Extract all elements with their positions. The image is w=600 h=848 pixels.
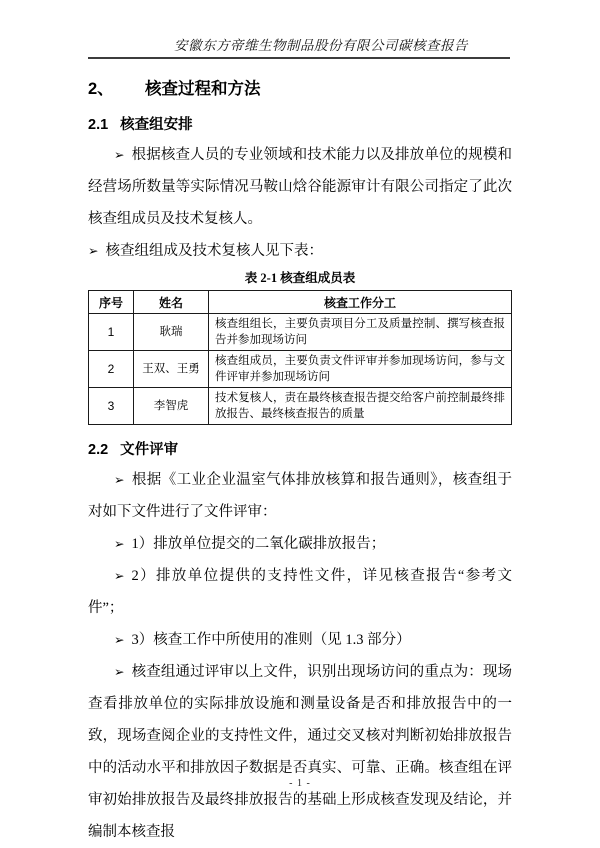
paragraph-text: 根据核查人员的专业领域和技术能力以及排放单位的规模和经营场所数量等实际情况马鞍山… [88, 147, 512, 227]
paragraph-review-intro: ➢根据《工业企业温室气体排放核算和报告通则》，核查组于对如下文件进行了文件评审： [88, 464, 512, 528]
list-item-1: ➢1）排放单位提交的二氧化碳排放报告； [88, 528, 512, 560]
section-title: 核查过程和方法 [145, 80, 261, 98]
table-caption: 表 2-1 核查组成员表 [88, 269, 512, 287]
table-row: 1 耿瑞 核查组组长，主要负责项目分工及质量控制、撰写核查报告并参加现场访问 [89, 314, 512, 351]
section-heading-2-2: 2.2文件评审 [88, 442, 512, 459]
section-title: 核查组安排 [120, 117, 193, 133]
page-header: 安徽东方帝维生物制品股份有限公司碳核查报告 [88, 34, 510, 59]
header-title: 安徽东方帝维生物制品股份有限公司碳核查报告 [174, 34, 510, 54]
table-row: 3 李智虎 技术复核人，责在最终核查报告提交给客户前控制最终排放报告、最终核查报… [89, 388, 512, 425]
section-number: 2.2 [88, 442, 108, 458]
cell-no: 3 [89, 388, 134, 425]
section-heading-2: 2、核查过程和方法 [88, 80, 512, 99]
cell-no: 1 [89, 314, 134, 351]
arrow-bullet-icon: ➢ [114, 537, 124, 551]
list-item-text: 3）核查工作中所使用的准则（见 1.3 部分） [131, 632, 410, 648]
section-heading-2-1: 2.1核查组安排 [88, 117, 512, 134]
table-header-row: 序号 姓名 核查工作分工 [89, 291, 512, 314]
list-item-text: 1）排放单位提交的二氧化碳排放报告； [131, 536, 385, 552]
arrow-bullet-icon: ➢ [114, 473, 124, 487]
cell-no: 2 [89, 351, 134, 388]
cell-duty: 核查组组长，主要负责项目分工及质量控制、撰写核查报告并参加现场访问 [209, 314, 512, 351]
verification-team-table: 序号 姓名 核查工作分工 1 耿瑞 核查组组长，主要负责项目分工及质量控制、撰写… [88, 290, 512, 425]
table-row: 2 王双、王勇 核查组成员，主要负责文件评审并参加现场访问，参与文件评审并参加现… [89, 351, 512, 388]
paragraph-review-closing: ➢核查组通过评审以上文件，识别出现场访问的重点为：现场查看排放单位的实际排放设施… [88, 656, 512, 848]
paragraph-team-arrangement: ➢根据核查人员的专业领域和技术能力以及排放单位的规模和经营场所数量等实际情况马鞍… [88, 139, 512, 235]
arrow-bullet-icon: ➢ [88, 244, 98, 258]
list-item-text: 2）排放单位提供的支持性文件，详见核查报告“参考文件”； [88, 568, 512, 616]
page-number: - 1 - [0, 778, 600, 789]
paragraph-text: 核查组通过评审以上文件，识别出现场访问的重点为：现场查看排放单位的实际排放设施和… [88, 664, 512, 840]
page-body: 2、核查过程和方法 2.1核查组安排 ➢根据核查人员的专业领域和技术能力以及排放… [88, 70, 512, 848]
column-header-name: 姓名 [134, 291, 209, 314]
paragraph-text: 核查组组成及技术复核人见下表： [105, 243, 323, 259]
paragraph-text: 根据《工业企业温室气体排放核算和报告通则》，核查组于对如下文件进行了文件评审： [88, 472, 512, 520]
list-item-2: ➢2）排放单位提供的支持性文件，详见核查报告“参考文件”； [88, 560, 512, 624]
section-number: 2.1 [88, 117, 108, 133]
arrow-bullet-icon: ➢ [114, 633, 124, 647]
column-header-duty: 核查工作分工 [209, 291, 512, 314]
section-title: 文件评审 [120, 442, 178, 458]
cell-name: 李智虎 [134, 388, 209, 425]
arrow-bullet-icon: ➢ [114, 148, 124, 162]
cell-duty: 技术复核人，责在最终核查报告提交给客户前控制最终排放报告、最终核查报告的质量 [209, 388, 512, 425]
cell-name: 王双、王勇 [134, 351, 209, 388]
list-item-3: ➢3）核查工作中所使用的准则（见 1.3 部分） [88, 624, 512, 656]
section-number: 2、 [88, 80, 145, 99]
arrow-bullet-icon: ➢ [114, 665, 124, 679]
cell-duty: 核查组成员，主要负责文件评审并参加现场访问，参与文件评审并参加现场访问 [209, 351, 512, 388]
column-header-no: 序号 [89, 291, 134, 314]
document-page: 安徽东方帝维生物制品股份有限公司碳核查报告 2、核查过程和方法 2.1核查组安排… [0, 0, 600, 848]
cell-name: 耿瑞 [134, 314, 209, 351]
paragraph-table-intro: ➢核查组组成及技术复核人见下表： [88, 235, 512, 267]
arrow-bullet-icon: ➢ [114, 569, 124, 583]
